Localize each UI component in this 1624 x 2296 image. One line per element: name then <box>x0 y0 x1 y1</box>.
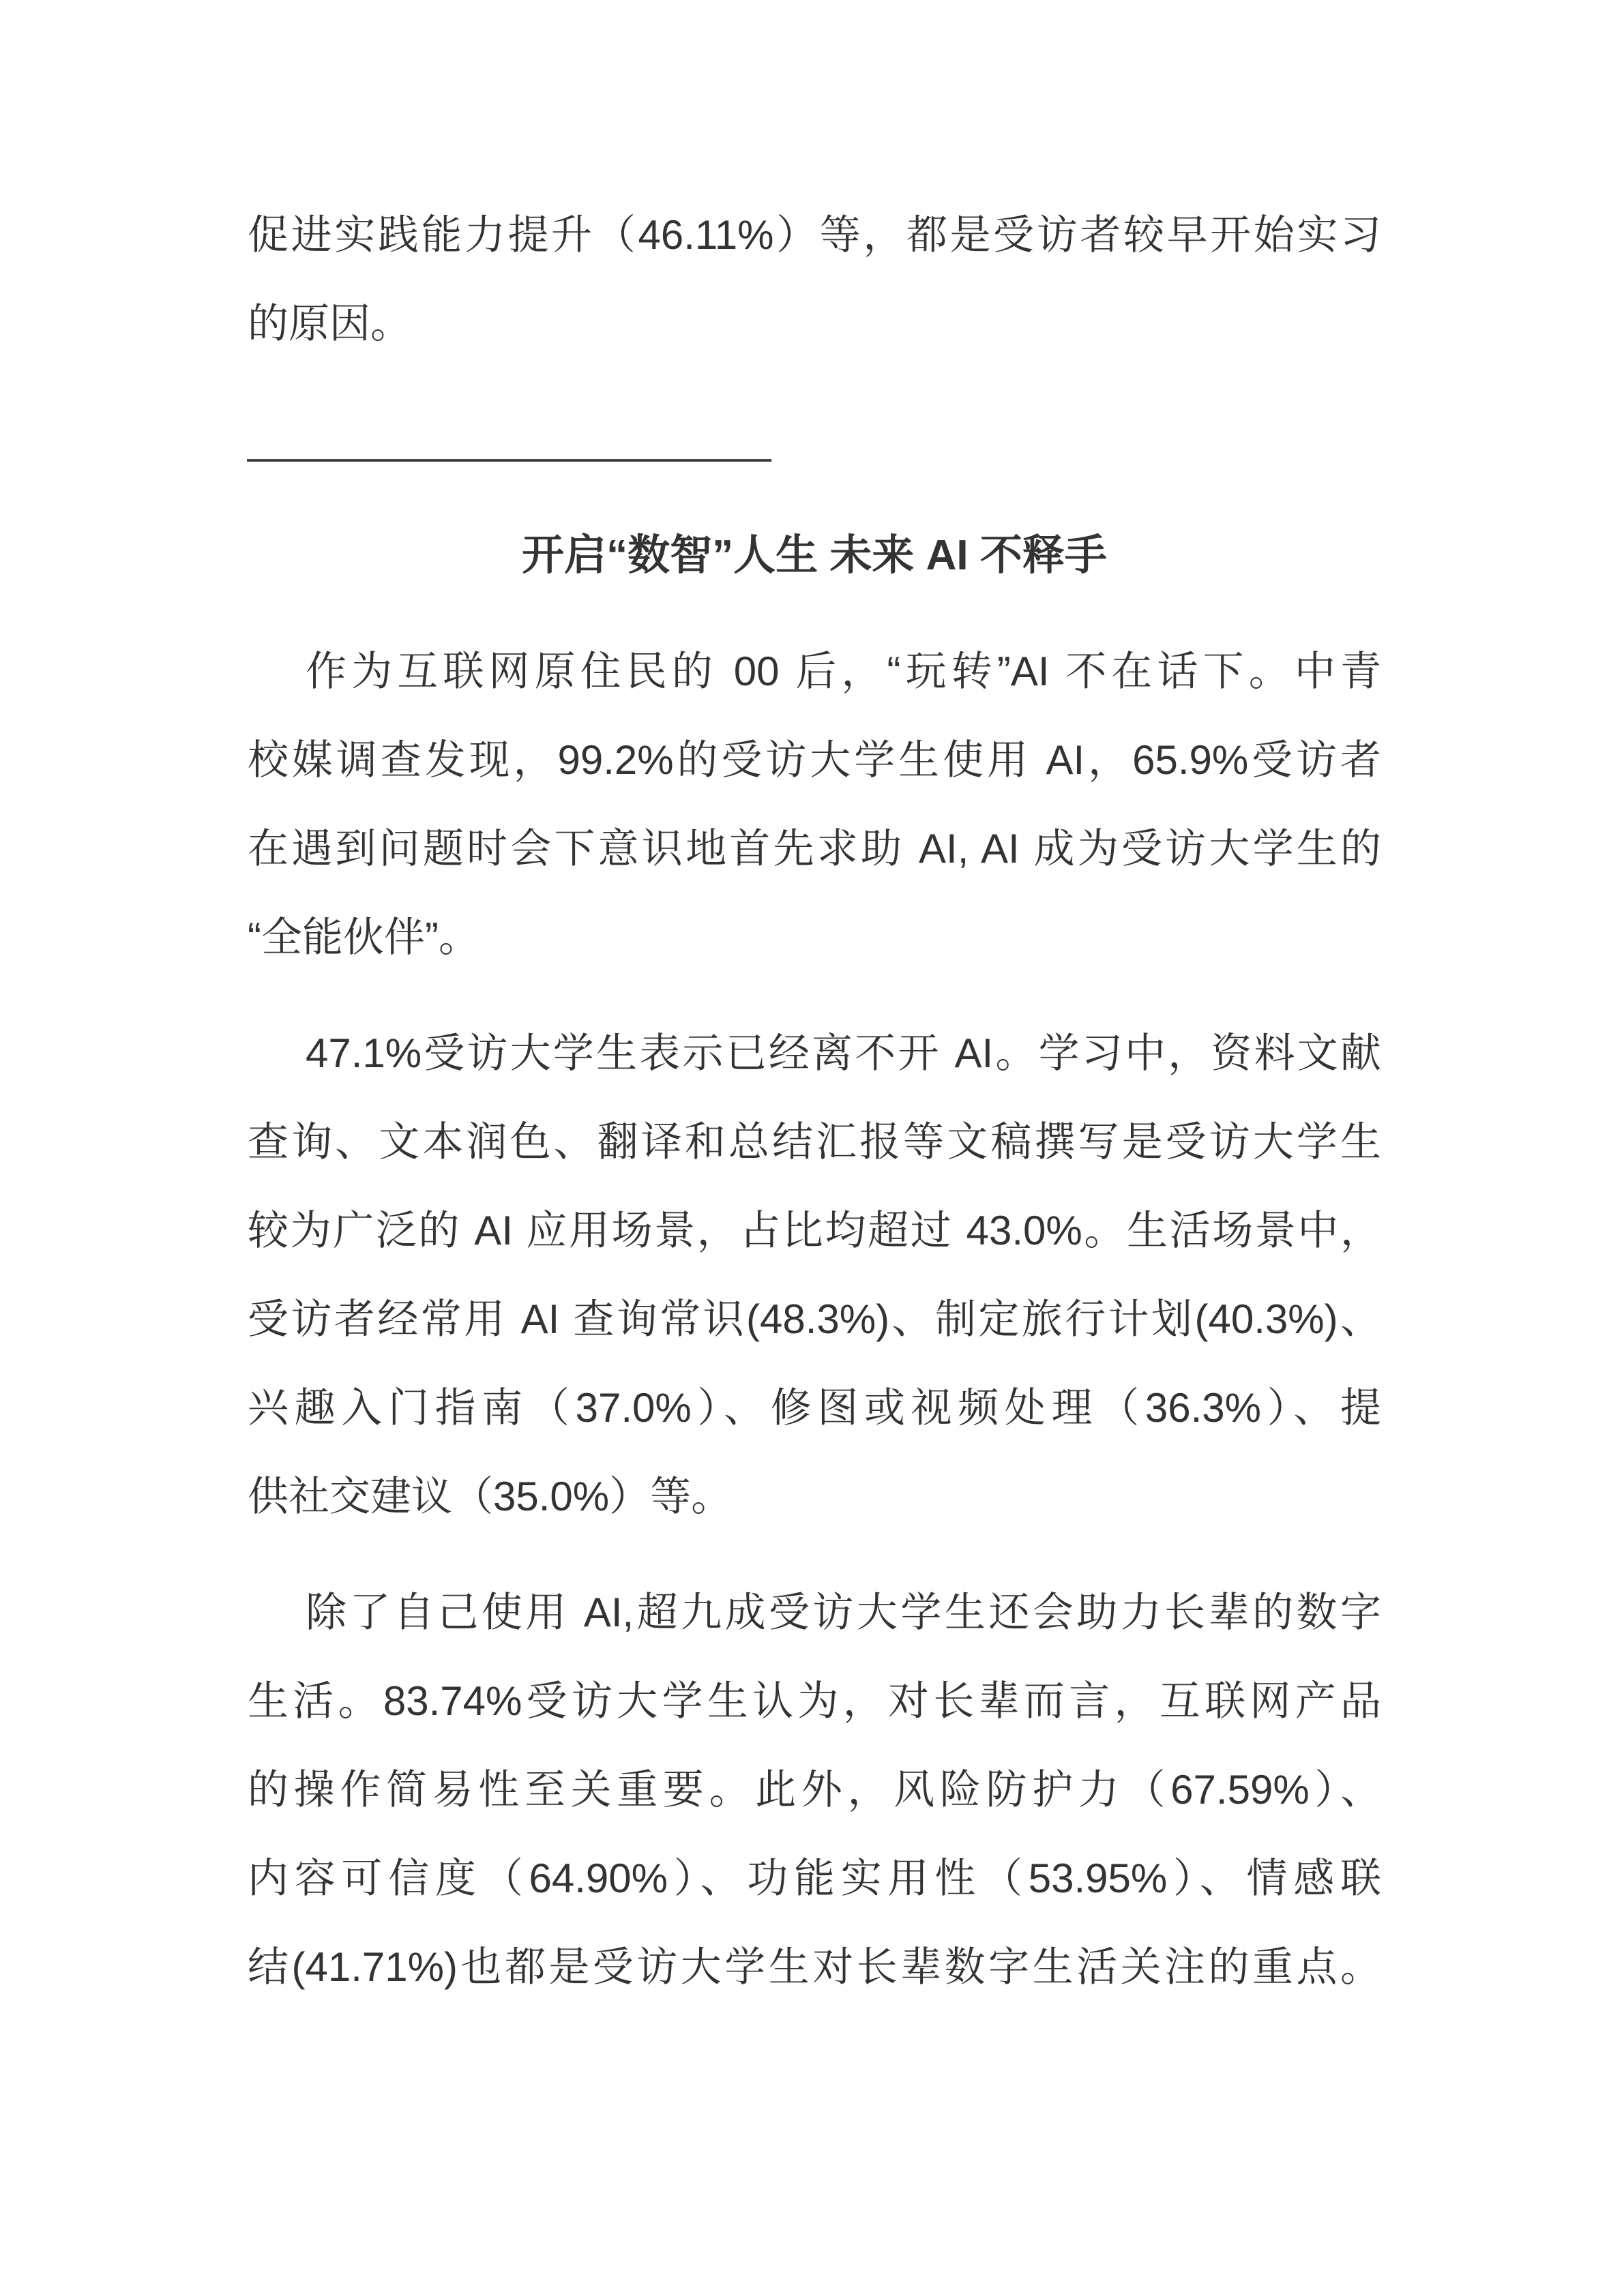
paragraph-line: “全能伙伴”。 <box>248 893 1381 982</box>
document-page: 促进实践能力提升（46.11%）等，都是受访者较早开始实习 的原因。 _____… <box>0 0 1624 2296</box>
body-paragraph: 作为互联网原住民的 00 后，“玩转”AI 不在话下。中青 校媒调查发现，99.… <box>248 627 1381 982</box>
paragraph-line: 受访者经常用 AI 查询常识(48.3%)、制定旅行计划(40.3%)、 <box>248 1275 1381 1364</box>
body-paragraph: 47.1%受访大学生表示已经离不开 AI。学习中，资料文献 查询、文本润色、翻译… <box>248 1009 1381 1541</box>
paragraph-line: 的操作简易性至关重要。此外，风险防护力（67.59%）、 <box>248 1746 1381 1834</box>
paragraph-line: 的原因。 <box>248 280 1381 368</box>
paragraph-line: 促进实践能力提升（46.11%）等，都是受访者较早开始实习 <box>248 191 1381 280</box>
paragraph-line: 生活。83.74%受访大学生认为，对长辈而言，互联网产品 <box>248 1657 1381 1746</box>
article-title: 开启“数智”人生 未来 AI 不释手 <box>248 511 1381 600</box>
paragraph-line: 供社交建议（35.0%）等。 <box>248 1452 1381 1541</box>
paragraph-line: 较为广泛的 AI 应用场景，占比均超过 43.0%。生活场景中， <box>248 1187 1381 1275</box>
paragraph-line: 查询、文本润色、翻译和总结汇报等文稿撰写是受访大学生 <box>248 1098 1381 1187</box>
intro-paragraph: 促进实践能力提升（46.11%）等，都是受访者较早开始实习 的原因。 <box>248 191 1381 368</box>
paragraph-line: 兴趣入门指南（37.0%）、修图或视频处理（36.3%）、提 <box>248 1364 1381 1452</box>
paragraph-line: 除了自己使用 AI,超九成受访大学生还会助力长辈的数字 <box>248 1568 1381 1657</box>
divider-underscores: _______________________ <box>248 396 1381 484</box>
paragraph-line: 校媒调查发现，99.2%的受访大学生使用 AI，65.9%受访者 <box>248 716 1381 805</box>
section-divider: _______________________ <box>248 396 1381 484</box>
paragraph-line: 结(41.71%)也都是受访大学生对长辈数字生活关注的重点。 <box>248 1923 1381 2012</box>
body-paragraph: 除了自己使用 AI,超九成受访大学生还会助力长辈的数字 生活。83.74%受访大… <box>248 1568 1381 2012</box>
paragraph-line: 47.1%受访大学生表示已经离不开 AI。学习中，资料文献 <box>248 1009 1381 1098</box>
paragraph-line: 内容可信度（64.90%）、功能实用性（53.95%）、情感联 <box>248 1834 1381 1923</box>
paragraph-line: 在遇到问题时会下意识地首先求助 AI, AI 成为受访大学生的 <box>248 805 1381 893</box>
paragraph-line: 作为互联网原住民的 00 后，“玩转”AI 不在话下。中青 <box>248 627 1381 716</box>
